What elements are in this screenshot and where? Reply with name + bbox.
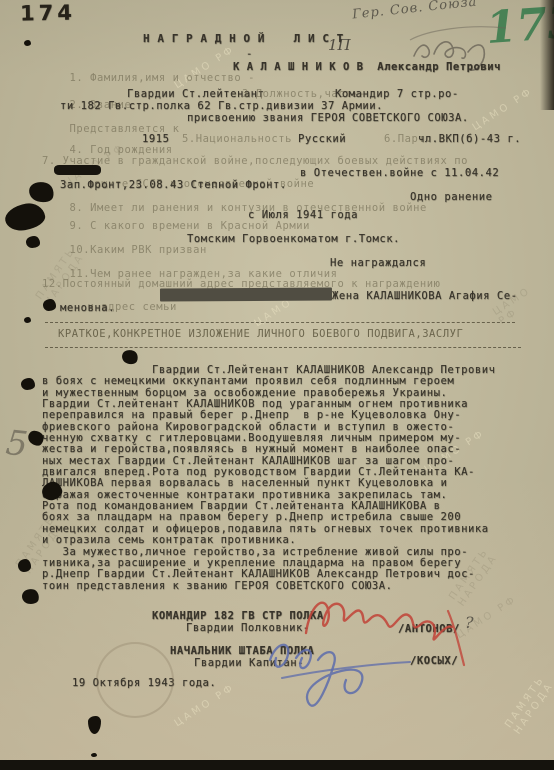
citation-line: и отразила семь контратак противника. — [42, 535, 528, 546]
scan-edge-shadow — [540, 0, 554, 110]
item12-value-family: Жена КАЛАШНИКОВА Агафия Се- — [332, 291, 518, 302]
item7-value-fronts: Зап.Фронт,23.08.43 Степной Фронт. — [60, 180, 287, 191]
item4-value-year: 1915 — [142, 134, 170, 145]
redaction-bar — [160, 288, 332, 302]
ink-blot — [91, 753, 97, 757]
blue-ink-signature — [262, 630, 422, 740]
presented-award: присвоению звания ГЕРОЯ СОВЕТСКОГО СОЮЗА… — [187, 113, 469, 124]
ink-blot — [24, 317, 31, 323]
title-dash: - — [246, 49, 253, 60]
faint-round-stamp — [96, 642, 174, 718]
item11-value-awards: Не награждался — [330, 258, 426, 269]
award-sheet-scan: ЦАМО РФ ЦАМО РФ ЦАМО РФ ЦАМО РФ ЦАМО РФ … — [0, 0, 554, 770]
watermark-archive: ЦАМО РФ — [471, 86, 536, 133]
item5-label: 5.Национальность — [182, 134, 292, 145]
item3-value: Командир 7 стр.ро- — [335, 89, 459, 100]
item1-value-name: К А Л А Ш Н И К О В Александр Петрович — [233, 62, 501, 73]
page-number-stamp: 174 — [20, 8, 76, 20]
scan-bottom-edge — [0, 760, 554, 770]
margin-pencil-mark: 5 — [4, 423, 30, 465]
item3-value-cont: ти 182 Гв.стр.полка 62 Гв.стр.дивизии 37… — [60, 101, 383, 112]
item8-value-wounds: Одно ранение — [410, 192, 492, 203]
item7-label-line1: 7. Участие в гражданской войне,последующ… — [42, 156, 468, 167]
item9-value-service: с Июля 1941 года — [248, 210, 358, 221]
ink-blot — [21, 378, 35, 390]
item1-label: 1. Фамилия,имя и отчество - — [70, 72, 256, 84]
citation-line: в боях с немецкими оккупантами проявил с… — [42, 376, 528, 387]
item12-value-cont: меновна. — [60, 303, 115, 314]
item10-value-enlisted: Томским Горвоенкоматом г.Томск. — [187, 234, 400, 245]
ink-blot — [18, 559, 31, 572]
ink-blot — [43, 299, 56, 311]
citation-text: Гвардии Ст.Лейтенант КАЛАШНИКОВ Александ… — [42, 365, 528, 592]
ink-blot — [88, 716, 101, 734]
item6-value-party: чл.ВКП(б)-43 г. — [418, 134, 521, 145]
dashed-divider-bottom — [45, 347, 521, 348]
ink-blot — [3, 201, 47, 234]
item10-label: 10.Каким РВК призван — [70, 244, 207, 256]
ink-blot — [24, 40, 31, 46]
ink-redaction-blot — [54, 165, 101, 175]
item7-value-war: в Отечествен.войне с 11.04.42 — [300, 168, 499, 179]
dashed-divider-top — [45, 322, 515, 323]
ink-blot — [26, 236, 40, 248]
watermark-portal: ПАМЯТЬ НАРОДА — [503, 662, 554, 737]
ink-blot — [21, 588, 40, 606]
citation-line: р.Днепр Гвардии Ст.Лейтенант КАЛАШНИКОВ … — [42, 569, 528, 580]
item9-label: 9. С какого времени в Красной Армии — [70, 220, 311, 232]
document-title: Н А Г Р А Д Н О Й Л И С Т — [143, 33, 344, 44]
item5-value-nationality: Русский — [298, 134, 346, 145]
citation-section-heading: КРАТКОЕ,КОНКРЕТНОЕ ИЗЛОЖЕНИЕ ЛИЧНОГО БОЕ… — [58, 329, 463, 340]
